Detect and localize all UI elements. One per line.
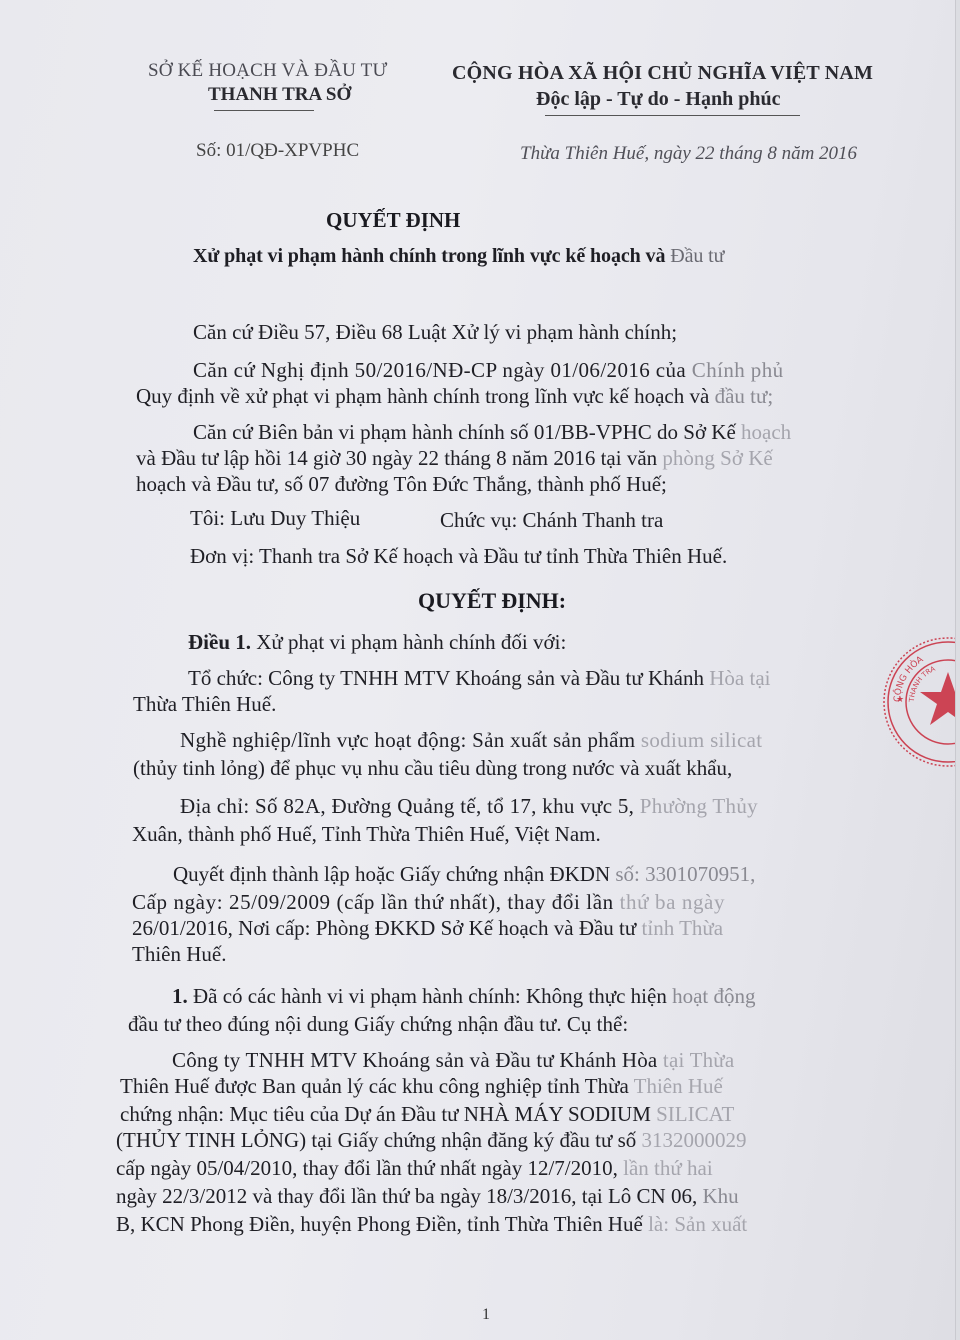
registration-line: Quyết định thành lập hoặc Giấy chứng nhậ… [173, 862, 755, 887]
preamble-line: Quy định về xử phạt vi phạm hành chính t… [136, 384, 773, 409]
document-date: Thừa Thiên Huế, ngày 22 tháng 8 năm 2016 [520, 143, 857, 165]
occupation-line: (thủy tinh lỏng) để phục vụ nhu cầu tiêu… [133, 756, 732, 781]
agency-name: SỞ KẾ HOẠCH VÀ ĐẦU TƯ [148, 60, 387, 82]
national-motto: Độc lập - Tự do - Hạnh phúc [536, 88, 780, 111]
agency-underline [214, 110, 314, 111]
subtitle-main: Xử phạt vi phạm hành chính trong lĩnh vự… [193, 245, 670, 267]
document-page: SỞ KẾ HOẠCH VÀ ĐẦU TƯ THANH TRA SỞ CỘNG … [0, 0, 956, 1340]
address-line: Xuân, thành phố Huế, Tỉnh Thừa Thiên Huế… [132, 822, 601, 847]
decision-heading: QUYẾT ĐỊNH: [418, 588, 566, 614]
page-number: 1 [482, 1306, 490, 1324]
preamble-line: hoạch và Đầu tư, số 07 đường Tôn Đức Thắ… [136, 472, 667, 497]
officer-position: Chức vụ: Chánh Thanh tra [440, 508, 663, 533]
detail-line: Thiên Huế được Ban quản lý các khu công … [120, 1074, 723, 1099]
violation-line: đầu tư theo đúng nội dung Giấy chứng nhậ… [128, 1012, 628, 1037]
motto-underline [545, 115, 800, 116]
organization-line: Thừa Thiên Huế. [133, 692, 276, 717]
document-number: Số: 01/QĐ-XPVPHC [196, 140, 359, 162]
preamble-line: và Đầu tư lập hồi 14 giờ 30 ngày 22 thán… [136, 446, 773, 471]
registration-line: Cấp ngày: 25/09/2009 (cấp lần thứ nhất),… [132, 890, 725, 915]
official-stamp-icon: CỘNG HÒA THANH TRA ★ [878, 632, 956, 772]
article-1: Điều 1. Xử phạt vi phạm hành chính đối v… [188, 630, 566, 655]
address-line: Địa chỉ: Số 82A, Đường Quảng tế, tổ 17, … [180, 794, 758, 819]
preamble-line: Căn cứ Biên bản vi phạm hành chính số 01… [193, 420, 791, 445]
country-name: CỘNG HÒA XÃ HỘI CHỦ NGHĨA VIỆT NAM [452, 62, 873, 85]
preamble-line: Căn cứ Nghị định 50/2016/NĐ-CP ngày 01/0… [193, 358, 784, 383]
agency-department: THANH TRA SỞ [208, 84, 351, 106]
organization-line: Tổ chức: Công ty TNHH MTV Khoáng sản và … [188, 666, 770, 691]
detail-line: Công ty TNHH MTV Khoáng sản và Đầu tư Kh… [172, 1048, 734, 1073]
detail-line: ngày 22/3/2012 và thay đổi lần thứ ba ng… [116, 1184, 739, 1209]
violation-line: 1. Đã có các hành vi vi phạm hành chính:… [172, 984, 756, 1009]
detail-line: (THỦY TINH LỎNG) tại Giấy chứng nhận đăn… [116, 1128, 747, 1153]
detail-line: chứng nhận: Mục tiêu của Dự án Đầu tư NH… [120, 1102, 734, 1127]
preamble-line: Căn cứ Điều 57, Điều 68 Luật Xử lý vi ph… [193, 320, 677, 345]
article-1-label: Điều 1. [188, 630, 251, 654]
officer-name: Tôi: Lưu Duy Thiệu [190, 506, 360, 531]
detail-line: cấp ngày 05/04/2010, thay đổi lần thứ nh… [116, 1156, 713, 1181]
occupation-line: Nghề nghiệp/lĩnh vực hoạt động: Sản xuất… [180, 728, 762, 753]
subtitle-faded: Đầu tư [670, 245, 724, 267]
document-title: QUYẾT ĐỊNH [326, 208, 460, 233]
detail-line: B, KCN Phong Điền, huyện Phong Điền, tỉn… [116, 1212, 747, 1237]
officer-unit: Đơn vị: Thanh tra Sở Kế hoạch và Đầu tư … [190, 544, 727, 569]
registration-line: Thiên Huế. [132, 942, 226, 967]
document-subtitle: Xử phạt vi phạm hành chính trong lĩnh vự… [193, 245, 724, 268]
svg-text:★: ★ [896, 695, 904, 705]
registration-line: 26/01/2016, Nơi cấp: Phòng ĐKKD Sở Kế ho… [132, 916, 723, 941]
